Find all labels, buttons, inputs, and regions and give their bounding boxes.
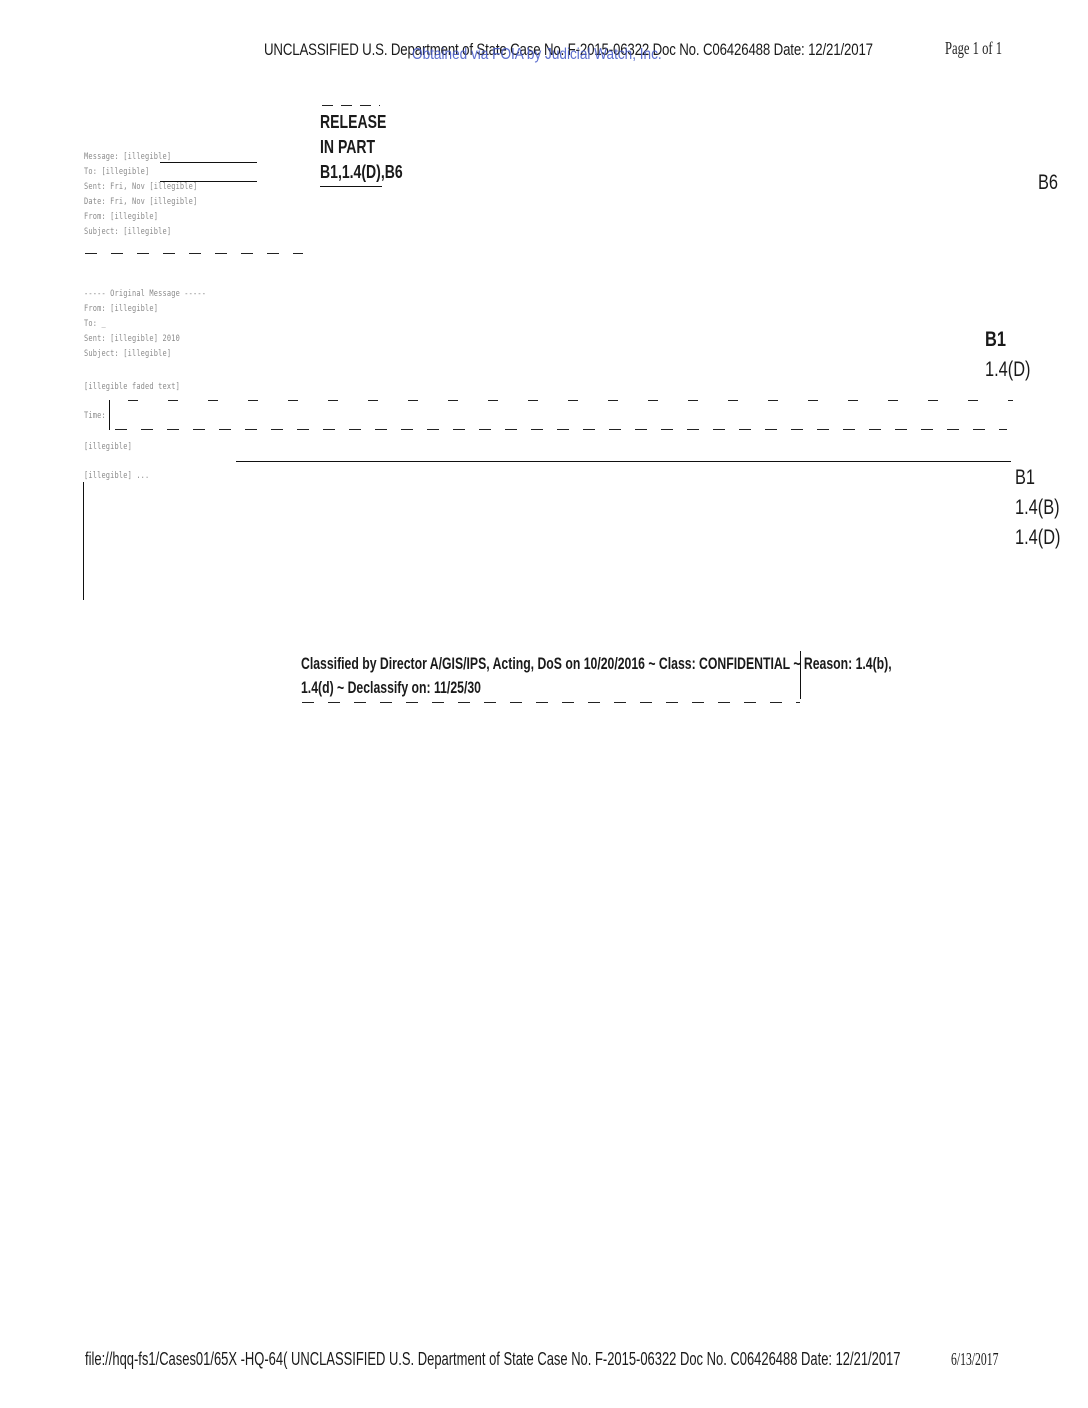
stamp-underline [320, 186, 382, 187]
watermark-text: Obtained via FOIA by Judicial Watch, Inc… [412, 46, 662, 64]
exemption-b6: B6 [1038, 168, 1064, 198]
stamp-line-1: RELEASE [320, 110, 403, 135]
stamp-line-3: B1,1.4(D),B6 [320, 160, 403, 185]
release-stamp: RELEASE IN PART B1,1.4(D),B6 [320, 110, 426, 185]
original-message-line: ----- Original Message ----- [84, 287, 206, 302]
classification-box-bottom [302, 702, 800, 703]
original-message-block: ----- Original Message ----- From: [ille… [84, 287, 233, 362]
original-message-line: To: _ [84, 317, 206, 332]
email-header-line: Date: Fri, Nov [illegible] [84, 195, 197, 210]
redaction-line [160, 162, 257, 163]
redaction-bottom-dashes [115, 429, 1007, 430]
original-message-line: Subject: [illegible] [84, 347, 206, 362]
footer-path: file://hqq-fs1/Cases01/65X -HQ-64( UNCLA… [85, 1349, 1088, 1370]
email-header-line: To: [illegible] [84, 165, 197, 180]
stamp-line-2: IN PART [320, 135, 403, 160]
classification-box-right [800, 651, 801, 699]
redaction-top-dashes [128, 400, 1013, 401]
email-header-line: Sent: Fri, Nov [illegible] [84, 180, 197, 195]
watermark: Obtained via FOIA by Judicial Watch, Inc… [412, 46, 706, 64]
original-message-line: From: [illegible] [84, 302, 206, 317]
email-header-line: Subject: [illegible] [84, 225, 197, 240]
classification-line-1: Classified by Director A/GIS/IPS, Acting… [301, 652, 892, 676]
page-indicator: Page 1 of 1 [945, 38, 1026, 59]
body-line: [illegible] [84, 436, 143, 454]
stamp-top-dashes [322, 105, 380, 106]
email-header-block: Message: [illegible] To: [illegible] Sen… [84, 150, 222, 240]
footer-date: 6/13/2017 [951, 1349, 1024, 1370]
separator-dashes [85, 253, 303, 254]
time-label: Time: [84, 405, 111, 423]
redaction-box-left [83, 482, 84, 600]
redacted-intro: [illegible] ... [84, 465, 164, 483]
classification-notice: Classified by Director A/GIS/IPS, Acting… [301, 652, 1088, 700]
original-message-line: Sent: [illegible] 2010 [84, 332, 206, 347]
redaction-line [160, 181, 257, 182]
redaction-box-left [109, 400, 110, 430]
classification-line-2: 1.4(d) ~ Declassify on: 11/25/30 [301, 676, 892, 700]
redaction-box-top [236, 461, 1011, 462]
body-paragraph: [illegible faded text] [84, 376, 201, 394]
exemption-block-1: B1 1.4(D) [985, 325, 1043, 385]
exemption-block-2: B1 1.4(B) 1.4(D) [1015, 463, 1073, 553]
email-header-line: From: [illegible] [84, 210, 197, 225]
